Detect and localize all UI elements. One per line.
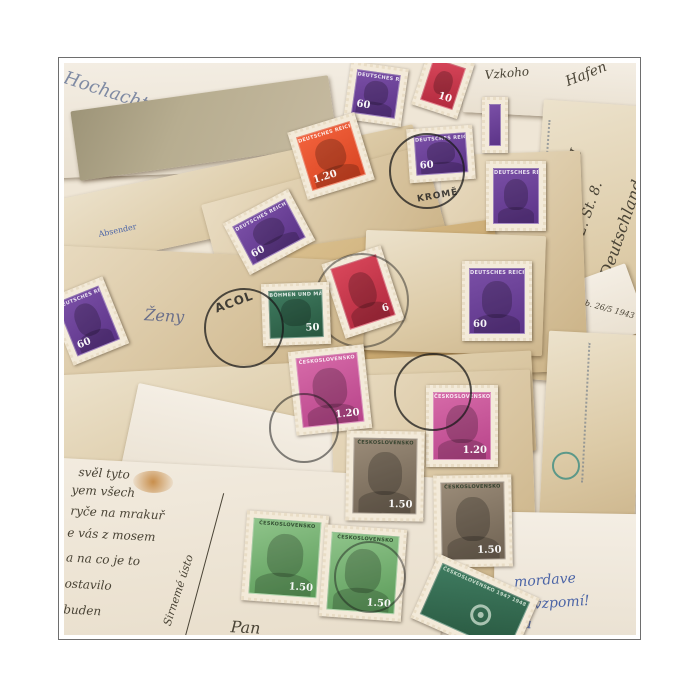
handwriting-zeny: Ženy: [144, 305, 185, 326]
letter-line-6: ostavilo: [64, 576, 112, 592]
letter-line-4: e vás z mosem: [67, 525, 156, 544]
postmark-green: [334, 541, 406, 613]
photograph: Hochachtung Vzkoho Hafen Lager III 2. St…: [64, 63, 636, 635]
letter-line-2: yem všech: [71, 483, 135, 500]
floral-border: [581, 343, 592, 483]
postmark-left-arc: [269, 393, 339, 463]
letter-line-5: a na co je to: [66, 550, 141, 568]
letter-line-1: svěl tyto: [78, 465, 130, 482]
stamp-sepia-2: ČESKOSLOVENSKO 1.50: [433, 474, 513, 567]
postmark-upper-mid: [394, 353, 472, 431]
stamp-green-1: ČESKOSLOVENSKO 1.50: [241, 510, 329, 606]
printed-absender: Absender: [98, 222, 138, 239]
stamp-purple-60-right: DEUTSCHES REICH 60: [462, 261, 532, 341]
signature-pan: Pan: [230, 617, 261, 635]
stamp-purple-strip: [482, 97, 508, 153]
handwriting-bottom-right-2: vzpomí!: [533, 593, 590, 613]
stamp-purple-right: DEUTSCHES REICH: [486, 161, 546, 231]
rust-stain: [133, 470, 174, 494]
card-right-lower: [539, 331, 636, 526]
gear-emblem-icon: [461, 595, 501, 635]
stamp-sepia-1: ČESKOSLOVENSKO 1.50: [345, 430, 425, 521]
letter-line-7: buden: [64, 602, 102, 618]
blue-seal: [551, 451, 580, 480]
handwriting-bottom-right-1: mordave: [514, 570, 577, 590]
letter-line-3: ryče na mrakuř: [70, 504, 164, 523]
handwriting-top-right-2: Hafen: [563, 63, 609, 90]
handwriting-top-right-1: Vzkoho: [484, 64, 529, 82]
